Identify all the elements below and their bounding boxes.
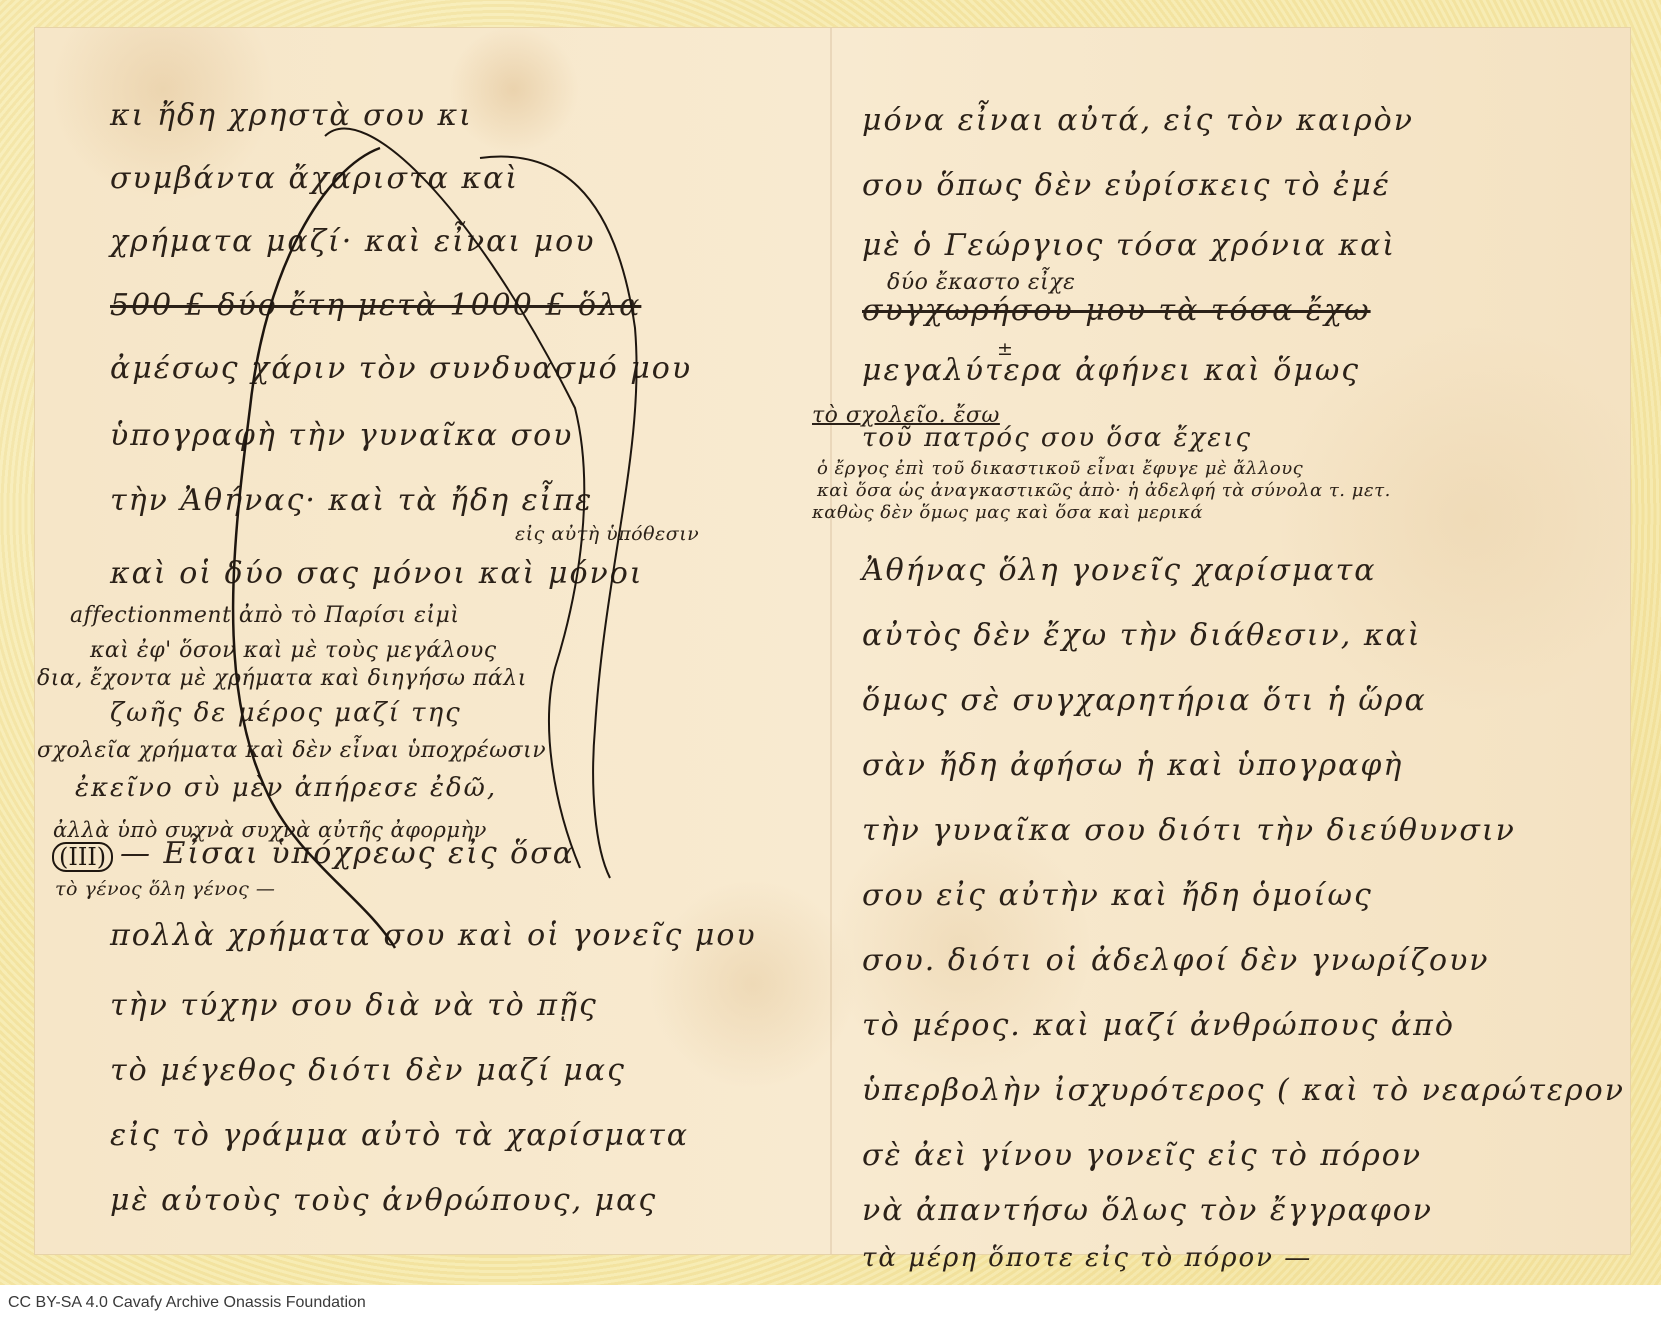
interlinear-note: ὁ ἔργος ἐπὶ τοῦ δικαστικοῦ εἶναι ἔφυγε μ… [817, 458, 1303, 479]
manuscript-line: — Εἶσαι ὑπόχρεως εἰς ὅσα [120, 836, 575, 871]
interlinear-note: εἰς αὐτὴ ὑπόθεσιν [515, 523, 699, 545]
manuscript-line: συμβάντα ἄχαριστα καὶ [110, 161, 519, 196]
manuscript-line: μὲ ὁ Γεώργιος τόσα χρόνια καὶ [862, 228, 1396, 263]
manuscript-line: μὲ αὐτοὺς τοὺς ἀνθρώπους, μας [110, 1183, 657, 1218]
manuscript-line: σὰν ἤδη ἀφήσω ἡ καὶ ὑπογραφὴ [862, 748, 1403, 783]
left-page: κι ἤδη χρηστὰ σου κι συμβάντα ἄχαριστα κ… [35, 28, 830, 1254]
manuscript-line: κι ἤδη χρηστὰ σου κι [110, 98, 473, 133]
manuscript-line: ὅμως σὲ συγχαρητήρια ὅτι ἡ ὥρα [862, 683, 1427, 718]
manuscript-line: ὑπερβολὴν ἰσχυρότερος ( καὶ τὸ νεαρώτερο… [862, 1073, 1625, 1108]
marginal-mark-iii: (III) [52, 842, 113, 872]
struck-line: συγχωρήσου μου τὰ τόσα ἔχω [862, 293, 1371, 328]
interlinear-note: καὶ ὅσα ὡς ἀναγκαστικῶς ἀπὸ· ἡ ἀδελφή τὰ… [817, 480, 1391, 501]
manuscript-line: χρήματα μαζί· καὶ εἶναι μου [110, 224, 595, 259]
manuscript-line: εἰς τὸ γράμμα αὐτὸ τὰ χαρίσματα [110, 1118, 689, 1153]
license-caption: CC BY-SA 4.0 Cavafy Archive Onassis Foun… [8, 1294, 366, 1312]
manuscript-line: σου εἰς αὐτὴν καὶ ἤδη ὁμοίως [862, 878, 1373, 913]
manuscript-line: σὲ ἀεὶ γίνου γονεῖς εἰς τὸ πόρον [862, 1138, 1422, 1173]
manuscript-line: πολλὰ χρήματα σου καὶ οἱ γονεῖς μου [110, 918, 757, 953]
manuscript-line: affectionment ἀπὸ τὸ Παρίσι εἰμὶ [70, 603, 459, 628]
manuscript-line: τὸ γένος ὅλη γένος — [55, 878, 275, 900]
manuscript-line: μεγαλύτερα ἀφήνει καὶ ὅμως [862, 353, 1360, 388]
interlinear-note: δια, ἔχοντα μὲ χρήματα καὶ διηγήσω πάλι [37, 666, 527, 691]
manuscript-line: Ἀθήνας ὅλη γονεῖς χαρίσματα [862, 553, 1376, 588]
manuscript-line: τὴν τύχην σου διὰ νὰ τὸ πῇς [110, 988, 598, 1023]
manuscript-line: μόνα εἶναι αὐτά, εἰς τὸν καιρὸν [862, 103, 1414, 138]
struck-line: 500 £ δύο ἔτη μετὰ 1000 £ ὅλα [110, 288, 641, 323]
manuscript-line: τὴν γυναῖκα σου διότι τὴν διεύθυνσιν [862, 813, 1516, 848]
interlinear-note: καθὼς δὲν ὅμως μας καὶ ὅσα καὶ μερικά [812, 502, 1203, 523]
manuscript-line: ἀμέσως χάριν τὸν συνδυασμό μου [110, 351, 692, 386]
manuscript-line: ἐκεῖνο σὺ μὲν ἀπήρεσε ἐδῶ, [75, 773, 497, 803]
manuscript-line: νὰ ἀπαντήσω ὅλως τὸν ἔγγραφον [862, 1193, 1433, 1228]
manuscript-line: ζωῆς δε μέρος μαζί της [110, 698, 462, 728]
manuscript-line: τοῦ πατρός σου ὅσα ἔχεις [862, 423, 1252, 453]
manuscript-line: αὐτὸς δὲν ἔχω τὴν διάθεσιν, καὶ [862, 618, 1422, 653]
manuscript-line: σχολεῖα χρήματα καὶ δὲν εἶναι ὑποχρέωσιν [37, 738, 546, 763]
right-page: μόνα εἶναι αὐτά, εἰς τὸν καιρὸν σου ὅπως… [832, 28, 1630, 1254]
manuscript-line: τὸ μέρος. καὶ μαζί ἀνθρώπους ἀπὸ [862, 1008, 1455, 1043]
manuscript-line: καὶ ἐφ' ὅσον καὶ μὲ τοὺς μεγάλους [90, 638, 497, 663]
manuscript-line: τὰ μέρη ὅποτε εἰς τὸ πόρον — [862, 1243, 1312, 1273]
manuscript-line: σου. διότι οἱ ἀδελφοί δὲν γνωρίζουν [862, 943, 1490, 978]
interlinear-note: δύο ἔκαστο εἶχε [887, 270, 1075, 295]
manuscript-line: ὑπογραφὴ τὴν γυναῖκα σου [110, 418, 573, 453]
manuscript-line: τὸ μέγεθος διότι δὲν μαζί μας [110, 1053, 626, 1088]
manuscript-sheet: κι ἤδη χρηστὰ σου κι συμβάντα ἄχαριστα κ… [35, 28, 1630, 1254]
manuscript-line: τὴν Ἀθήνας· καὶ τὰ ἤδη εἶπε [110, 483, 593, 518]
manuscript-line: καὶ οἱ δύο σας μόνοι καὶ μόνοι [110, 556, 644, 591]
manuscript-line: σου ὅπως δὲν εὐρίσκεις τὸ ἐμέ [862, 168, 1391, 203]
